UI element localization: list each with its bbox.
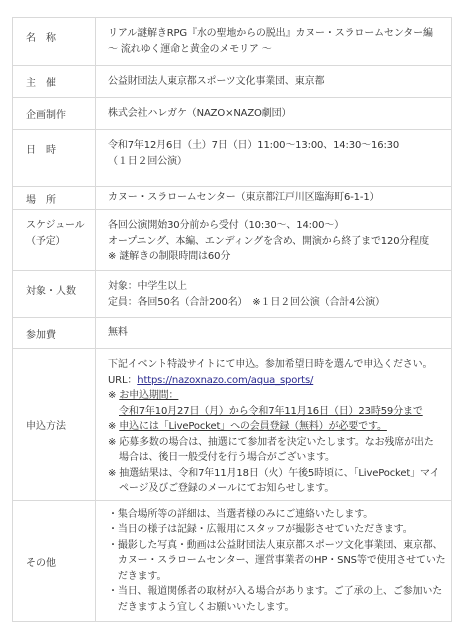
datetime-text: 令和7年12月6日（土）7日（日）11:00～13:00、14:30～16:30	[108, 138, 445, 154]
lottery-note-1: 応募多数の場合は、抽選にて参加者を決定いたします。なお残席が出た	[119, 437, 433, 448]
row-label-other: その他	[13, 501, 96, 622]
other-note-4-cont: だきますよう宜しくお願いいたします。	[108, 600, 445, 616]
table-row-production: 企画制作 株式会社ハレガケ（NAZO×NAZO劇団）	[13, 98, 452, 130]
note-mark: ※	[108, 468, 119, 479]
row-label-schedule: スケジュール （予定）	[13, 210, 96, 271]
row-label-fee: 参加費	[13, 318, 96, 349]
row-value-fee: 無料	[96, 318, 452, 349]
table-row-application: 申込方法 下記イベント特設サイトにて申込。参加希望日時を選んで申込ください。 U…	[13, 349, 452, 501]
schedule-label-line-2: （予定）	[26, 234, 95, 250]
note-mark: ※	[108, 421, 119, 432]
livepocket-note-line: ※ 申込には「LivePocket」への会員登録（無料）が必要です。	[108, 419, 445, 435]
schedule-reception: 各回公演開始30分前から受付（10:30～、14:00～）	[108, 218, 445, 234]
schedule-time-limit: ※ 謎解きの制限時間は60分	[108, 249, 445, 265]
table-row-organizer: 主 催 公益財団法人東京都スポーツ文化事業団、東京都	[13, 66, 452, 98]
fee-text: 無料	[108, 325, 445, 341]
organizer-text: 公益財団法人東京都スポーツ文化事業団、東京都	[108, 74, 445, 90]
result-note-line-1: ※ 抽選結果は、令和7年11月18日（火）午後5時頃に、「LivePocket」…	[108, 466, 445, 482]
row-label-target: 対象・人数	[13, 271, 96, 318]
table-row-name: 名 称 リアル謎解きRPG『水の聖地からの脱出』カヌー・スラロームセンター編 ～…	[13, 18, 452, 66]
row-label-production: 企画制作	[13, 98, 96, 130]
venue-text: カヌー・スラロームセンター（東京都江戸川区臨海町6-1-1）	[108, 190, 445, 206]
table-row-other: その他 ・集合場所等の詳細は、当選者様のみにご連絡いたします。 ・当日の様子は記…	[13, 501, 452, 622]
table-row-venue: 場 所 カヌー・スラロームセンター（東京都江戸川区臨海町6-1-1）	[13, 187, 452, 210]
other-note-1: ・集合場所等の詳細は、当選者様のみにご連絡いたします。	[108, 507, 445, 523]
row-value-name: リアル謎解きRPG『水の聖地からの脱出』カヌー・スラロームセンター編 ～ 流れゆ…	[96, 18, 452, 66]
livepocket-note: 申込には「LivePocket」への会員登録（無料）が必要です。	[119, 421, 387, 432]
result-note-line-2: ページ及びご登録のメールにてお知らせします。	[108, 481, 445, 497]
row-label-organizer: 主 催	[13, 66, 96, 98]
other-note-3-cont-2: だきます。	[108, 569, 445, 585]
production-text: 株式会社ハレガケ（NAZO×NAZO劇団）	[108, 106, 445, 122]
lottery-note-line-1: ※ 応募多数の場合は、抽選にて参加者を決定いたします。なお残席が出た	[108, 435, 445, 451]
event-title: リアル謎解きRPG『水の聖地からの脱出』カヌー・スラロームセンター編	[108, 26, 445, 42]
row-value-other: ・集合場所等の詳細は、当選者様のみにご連絡いたします。 ・当日の様子は記録・広報…	[96, 501, 452, 622]
other-note-3-cont: カヌー・スラロームセンター、運営事業者のHP・SNS等で使用させていた	[108, 553, 445, 569]
application-url-line: URL：https://nazoxnazo.com/aqua_sports/	[108, 373, 445, 389]
application-period-label: お申込期間：	[119, 390, 178, 401]
target-audience: 対象：中学生以上	[108, 279, 445, 295]
row-label-venue: 場 所	[13, 187, 96, 210]
row-value-application: 下記イベント特設サイトにて申込。参加希望日時を選んで申込ください。 URL：ht…	[96, 349, 452, 501]
other-note-4: ・当日、報道関係者の取材が入る場合があります。ご了承の上、ご参加いた	[108, 584, 445, 600]
application-intro: 下記イベント特設サイトにて申込。参加希望日時を選んで申込ください。	[108, 357, 445, 373]
application-period-value-line: 令和7年10月27日（月）から令和7年11月16日（日）23時59分まで	[108, 404, 445, 420]
schedule-duration: オープニング、本編、エンディングを含め、開演から終了まで120分程度	[108, 234, 445, 250]
row-value-schedule: 各回公演開始30分前から受付（10:30～、14:00～） オープニング、本編、…	[96, 210, 452, 271]
row-value-target: 対象：中学生以上 定員：各回50名（合計200名） ※１日２回公演（合計4公演）	[96, 271, 452, 318]
row-label-datetime: 日 時	[13, 130, 96, 187]
event-site-link[interactable]: https://nazoxnazo.com/aqua_sports/	[137, 375, 313, 386]
capacity-text: 定員：各回50名（合計200名） ※１日２回公演（合計4公演）	[108, 295, 445, 311]
row-value-organizer: 公益財団法人東京都スポーツ文化事業団、東京都	[96, 66, 452, 98]
row-label-name: 名 称	[13, 18, 96, 66]
row-value-datetime: 令和7年12月6日（土）7日（日）11:00～13:00、14:30～16:30…	[96, 130, 452, 187]
table-row-fee: 参加費 無料	[13, 318, 452, 349]
url-prefix: URL：	[108, 375, 137, 386]
event-info-table: 名 称 リアル謎解きRPG『水の聖地からの脱出』カヌー・スラロームセンター編 ～…	[12, 17, 452, 622]
note-mark: ※	[108, 437, 119, 448]
row-value-venue: カヌー・スラロームセンター（東京都江戸川区臨海町6-1-1）	[96, 187, 452, 210]
datetime-note: （１日２回公演）	[108, 154, 445, 170]
table-row-target: 対象・人数 対象：中学生以上 定員：各回50名（合計200名） ※１日２回公演（…	[13, 271, 452, 318]
row-label-application: 申込方法	[13, 349, 96, 501]
schedule-label-line-1: スケジュール	[26, 218, 95, 234]
lottery-note-line-2: 場合は、後日一般受付を行う場合がございます。	[108, 450, 445, 466]
note-mark: ※	[108, 390, 119, 401]
other-note-3: ・撮影した写真・動画は公益財団法人東京都スポーツ文化事業団、東京都、	[108, 538, 445, 554]
application-period-value: 令和7年10月27日（月）から令和7年11月16日（日）23時59分まで	[119, 406, 423, 417]
application-period-label-line: ※ お申込期間：	[108, 388, 445, 404]
event-subtitle: ～ 流れゆく運命と黄金のメモリア ～	[108, 42, 445, 58]
row-value-production: 株式会社ハレガケ（NAZO×NAZO劇団）	[96, 98, 452, 130]
table-row-datetime: 日 時 令和7年12月6日（土）7日（日）11:00～13:00、14:30～1…	[13, 130, 452, 187]
table-row-schedule: スケジュール （予定） 各回公演開始30分前から受付（10:30～、14:00～…	[13, 210, 452, 271]
other-note-2: ・当日の様子は記録・広報用にスタッフが撮影させていただきます。	[108, 522, 445, 538]
result-note-1: 抽選結果は、令和7年11月18日（火）午後5時頃に、「LivePocket」マイ	[119, 468, 439, 479]
